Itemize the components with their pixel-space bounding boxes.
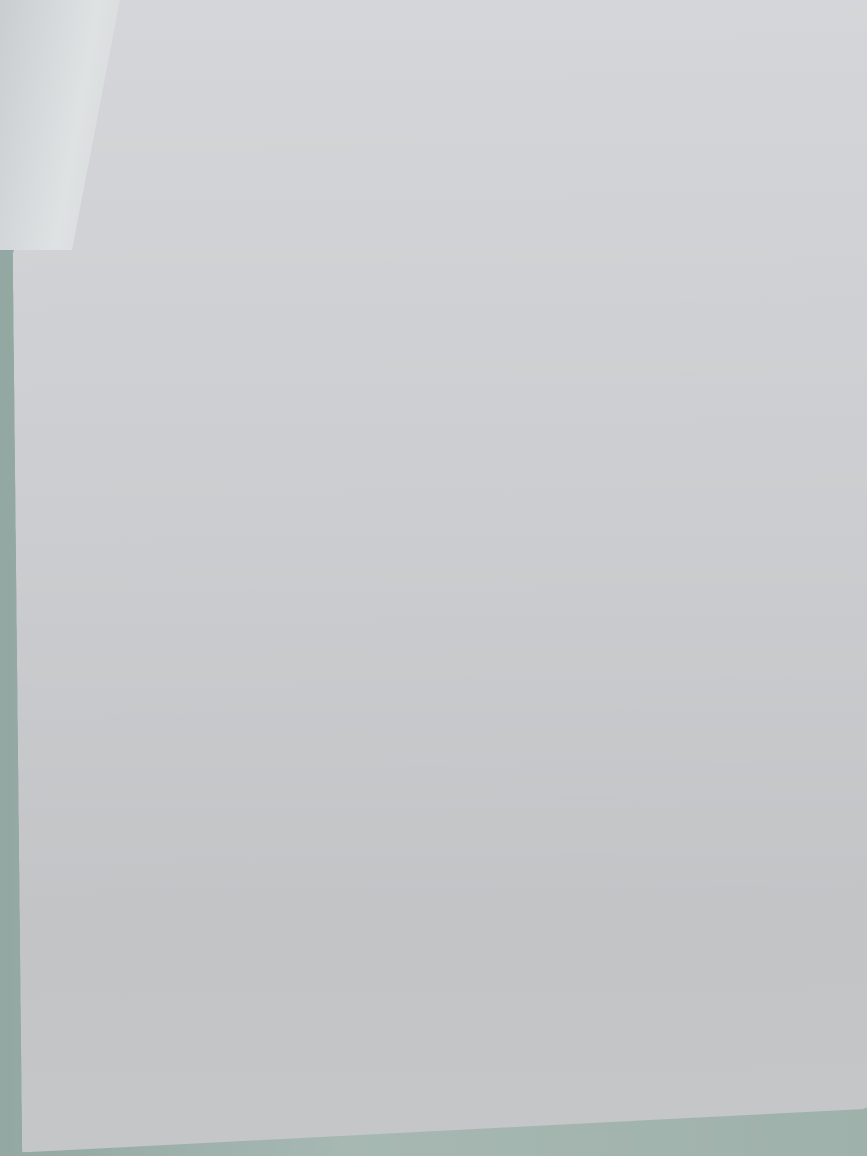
report-page (10, 0, 867, 1152)
